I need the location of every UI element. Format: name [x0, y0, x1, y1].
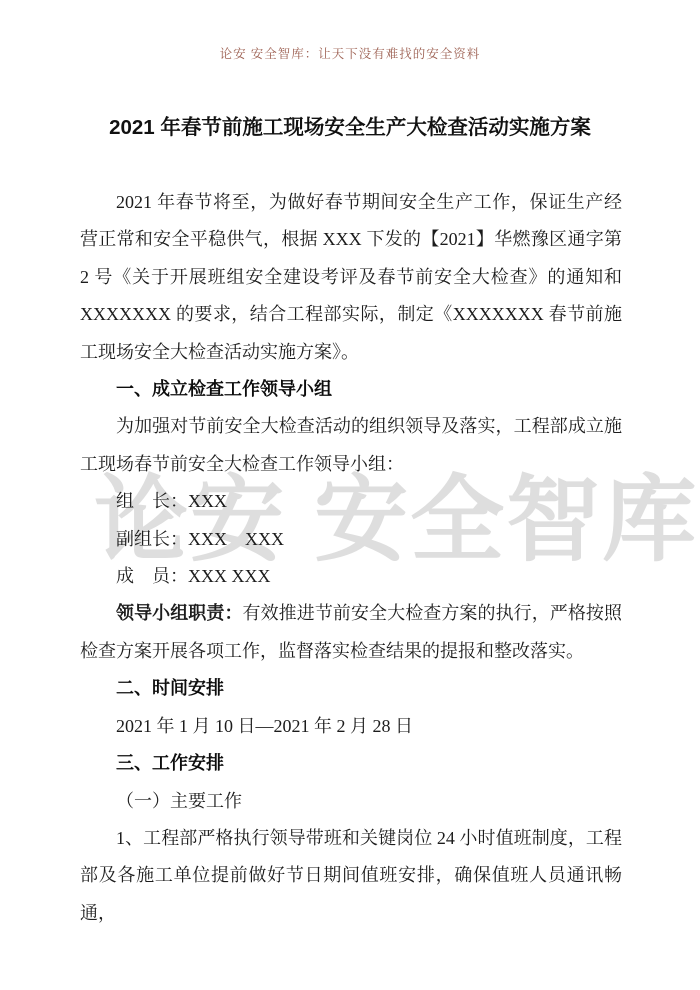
heading-section-1: 一、成立检查工作领导小组: [80, 371, 622, 408]
list-item-deputy-leader: 副组长：XXX XXX: [80, 521, 622, 558]
list-item-group-leader: 组 长：XXX: [80, 483, 622, 520]
site-header-text: 论安 安全智库：让天下没有难找的安全资料: [0, 44, 700, 62]
duties-lead-label: 领导小组职责：: [116, 603, 243, 623]
heading-section-2: 二、时间安排: [80, 670, 622, 707]
paragraph-duties: 领导小组职责：有效推进节前安全大检查方案的执行，严格按照检查方案开展各项工作，监…: [80, 595, 622, 670]
paragraph-intro: 2021 年春节将至，为做好春节期间安全生产工作，保证生产经营正常和安全平稳供气…: [80, 184, 622, 371]
paragraph-leading-group: 为加强对节前安全大检查活动的组织领导及落实，工程部成立施工现场春节前安全大检查工…: [80, 408, 622, 483]
list-item-members: 成 员：XXX XXX: [80, 558, 622, 595]
paragraph-subheading-main-work: （一）主要工作: [80, 783, 622, 820]
document-title: 2021 年春节前施工现场安全生产大检查活动实施方案: [0, 110, 700, 140]
document-body: 2021 年春节将至，为做好春节期间安全生产工作，保证生产经营正常和安全平稳供气…: [80, 184, 622, 932]
heading-section-3: 三、工作安排: [80, 745, 622, 782]
paragraph-time-range: 2021 年 1 月 10 日—2021 年 2 月 28 日: [80, 708, 622, 745]
document-page: 论安 安全智库：让天下没有难找的安全资料 论安 安全智库 2021 年春节前施工…: [0, 0, 700, 990]
paragraph-item-1: 1、工程部严格执行领导带班和关键岗位 24 小时值班制度，工程部及各施工单位提前…: [80, 820, 622, 932]
